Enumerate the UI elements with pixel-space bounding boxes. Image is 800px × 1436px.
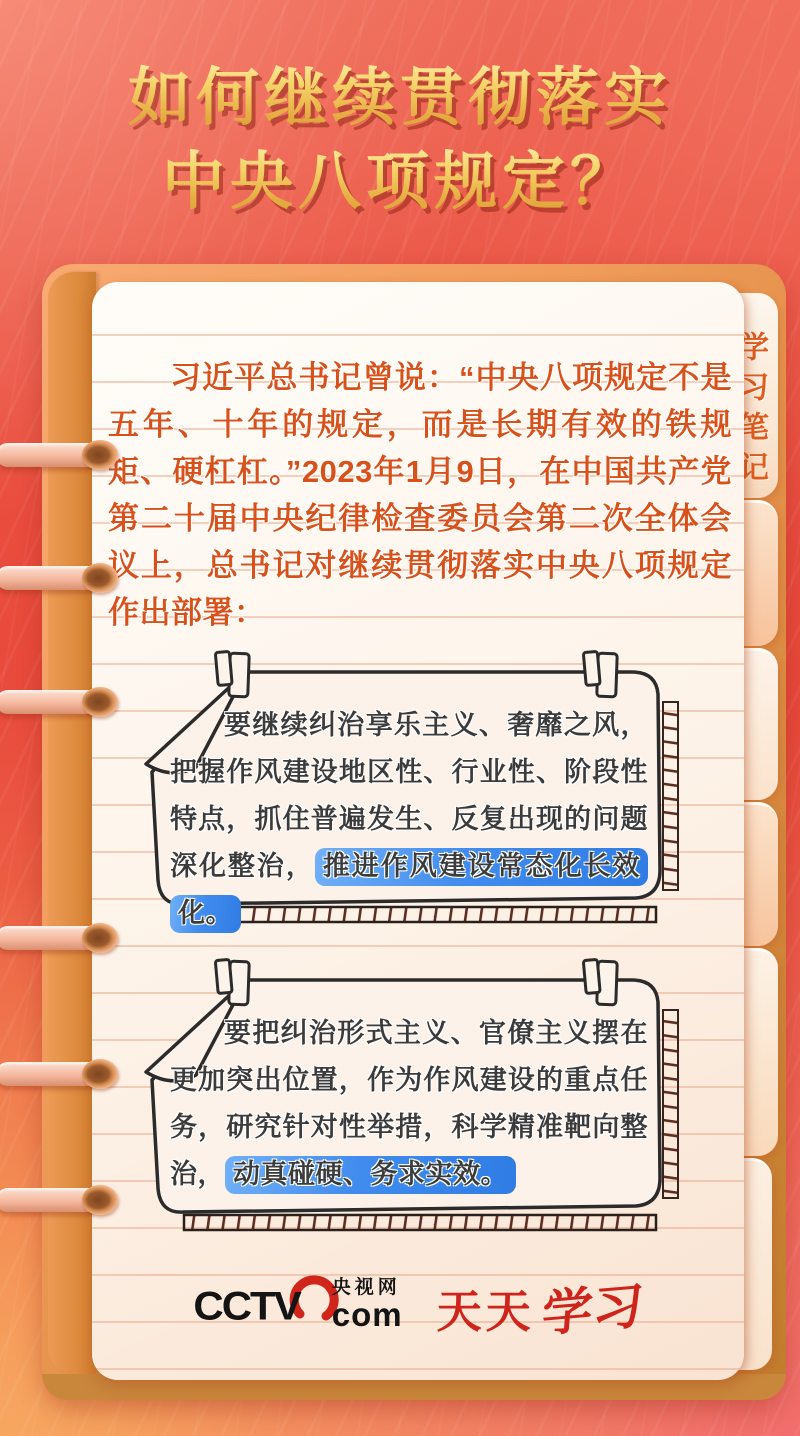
poster-title-line1: 如何继续贯彻落实 xyxy=(0,56,800,140)
binder-ring-hole xyxy=(82,1059,118,1089)
binder-ring-hole xyxy=(82,687,118,717)
note-card: 要把纠治形式主义、官僚主义摆在更加突出位置，作为作风建设的重点任务，研究针对性举… xyxy=(136,974,684,1238)
cctv-site-stack: 央视网 com xyxy=(332,1278,403,1331)
binder-ring xyxy=(0,1059,118,1089)
note-text: 要把纠治形式主义、官僚主义摆在更加突出位置，作为作风建设的重点任务，研究针对性举… xyxy=(170,1010,648,1198)
note-card: 要继续纠治享乐主义、奢靡之风，把握作风建设地区性、行业性、阶段性特点，抓住普遍发… xyxy=(136,666,684,930)
binder-ring xyxy=(0,563,118,593)
cctv-logo: CCTV xyxy=(193,1283,299,1329)
hatch-shadow-right xyxy=(663,1010,678,1198)
binder-ring-hole xyxy=(82,923,118,953)
paper-clip-icon xyxy=(595,652,619,699)
cctv-site-label: 央视网 xyxy=(332,1278,403,1297)
binder-ring-hole xyxy=(82,440,118,470)
daily-study-brand: 天天 学习 xyxy=(437,1270,643,1342)
footer-logos: CCTV 央视网 com 天天 学习 xyxy=(92,1270,744,1342)
binder-ring-hole xyxy=(82,1185,118,1215)
note-text: 要继续纠治享乐主义、奢靡之风，把握作风建设地区性、行业性、阶段性特点，抓住普遍发… xyxy=(170,702,648,937)
hatch-shadow-right xyxy=(663,702,678,890)
binder-ring xyxy=(0,1185,118,1215)
paper-clip-icon xyxy=(227,960,251,1007)
intro-paragraph: 习近平总书记曾说：“中央八项规定不是五年、十年的规定，而是长期有效的铁规矩、硬杠… xyxy=(108,354,732,636)
cctv-com-label: com xyxy=(332,1298,403,1331)
poster-title: 如何继续贯彻落实 中央八项规定？ xyxy=(0,56,800,224)
hatch-shadow-bottom xyxy=(184,1215,656,1230)
binder-ring xyxy=(0,687,118,717)
binder-ring-hole xyxy=(82,563,118,593)
binder-ring xyxy=(0,923,118,953)
note-highlight: 动真碰硬、务求实效。 xyxy=(225,1156,516,1194)
paper-clip-icon xyxy=(227,652,251,699)
poster-title-line2: 中央八项规定？ xyxy=(0,140,800,224)
notebook-page: 习近平总书记曾说：“中央八项规定不是五年、十年的规定，而是长期有效的铁规矩、硬杠… xyxy=(92,282,744,1380)
binder-ring xyxy=(0,440,118,470)
brand-script-text: 学习 xyxy=(540,1266,646,1346)
brand-bold-text: 天天 xyxy=(437,1275,535,1340)
paper-clip-icon xyxy=(595,960,619,1007)
